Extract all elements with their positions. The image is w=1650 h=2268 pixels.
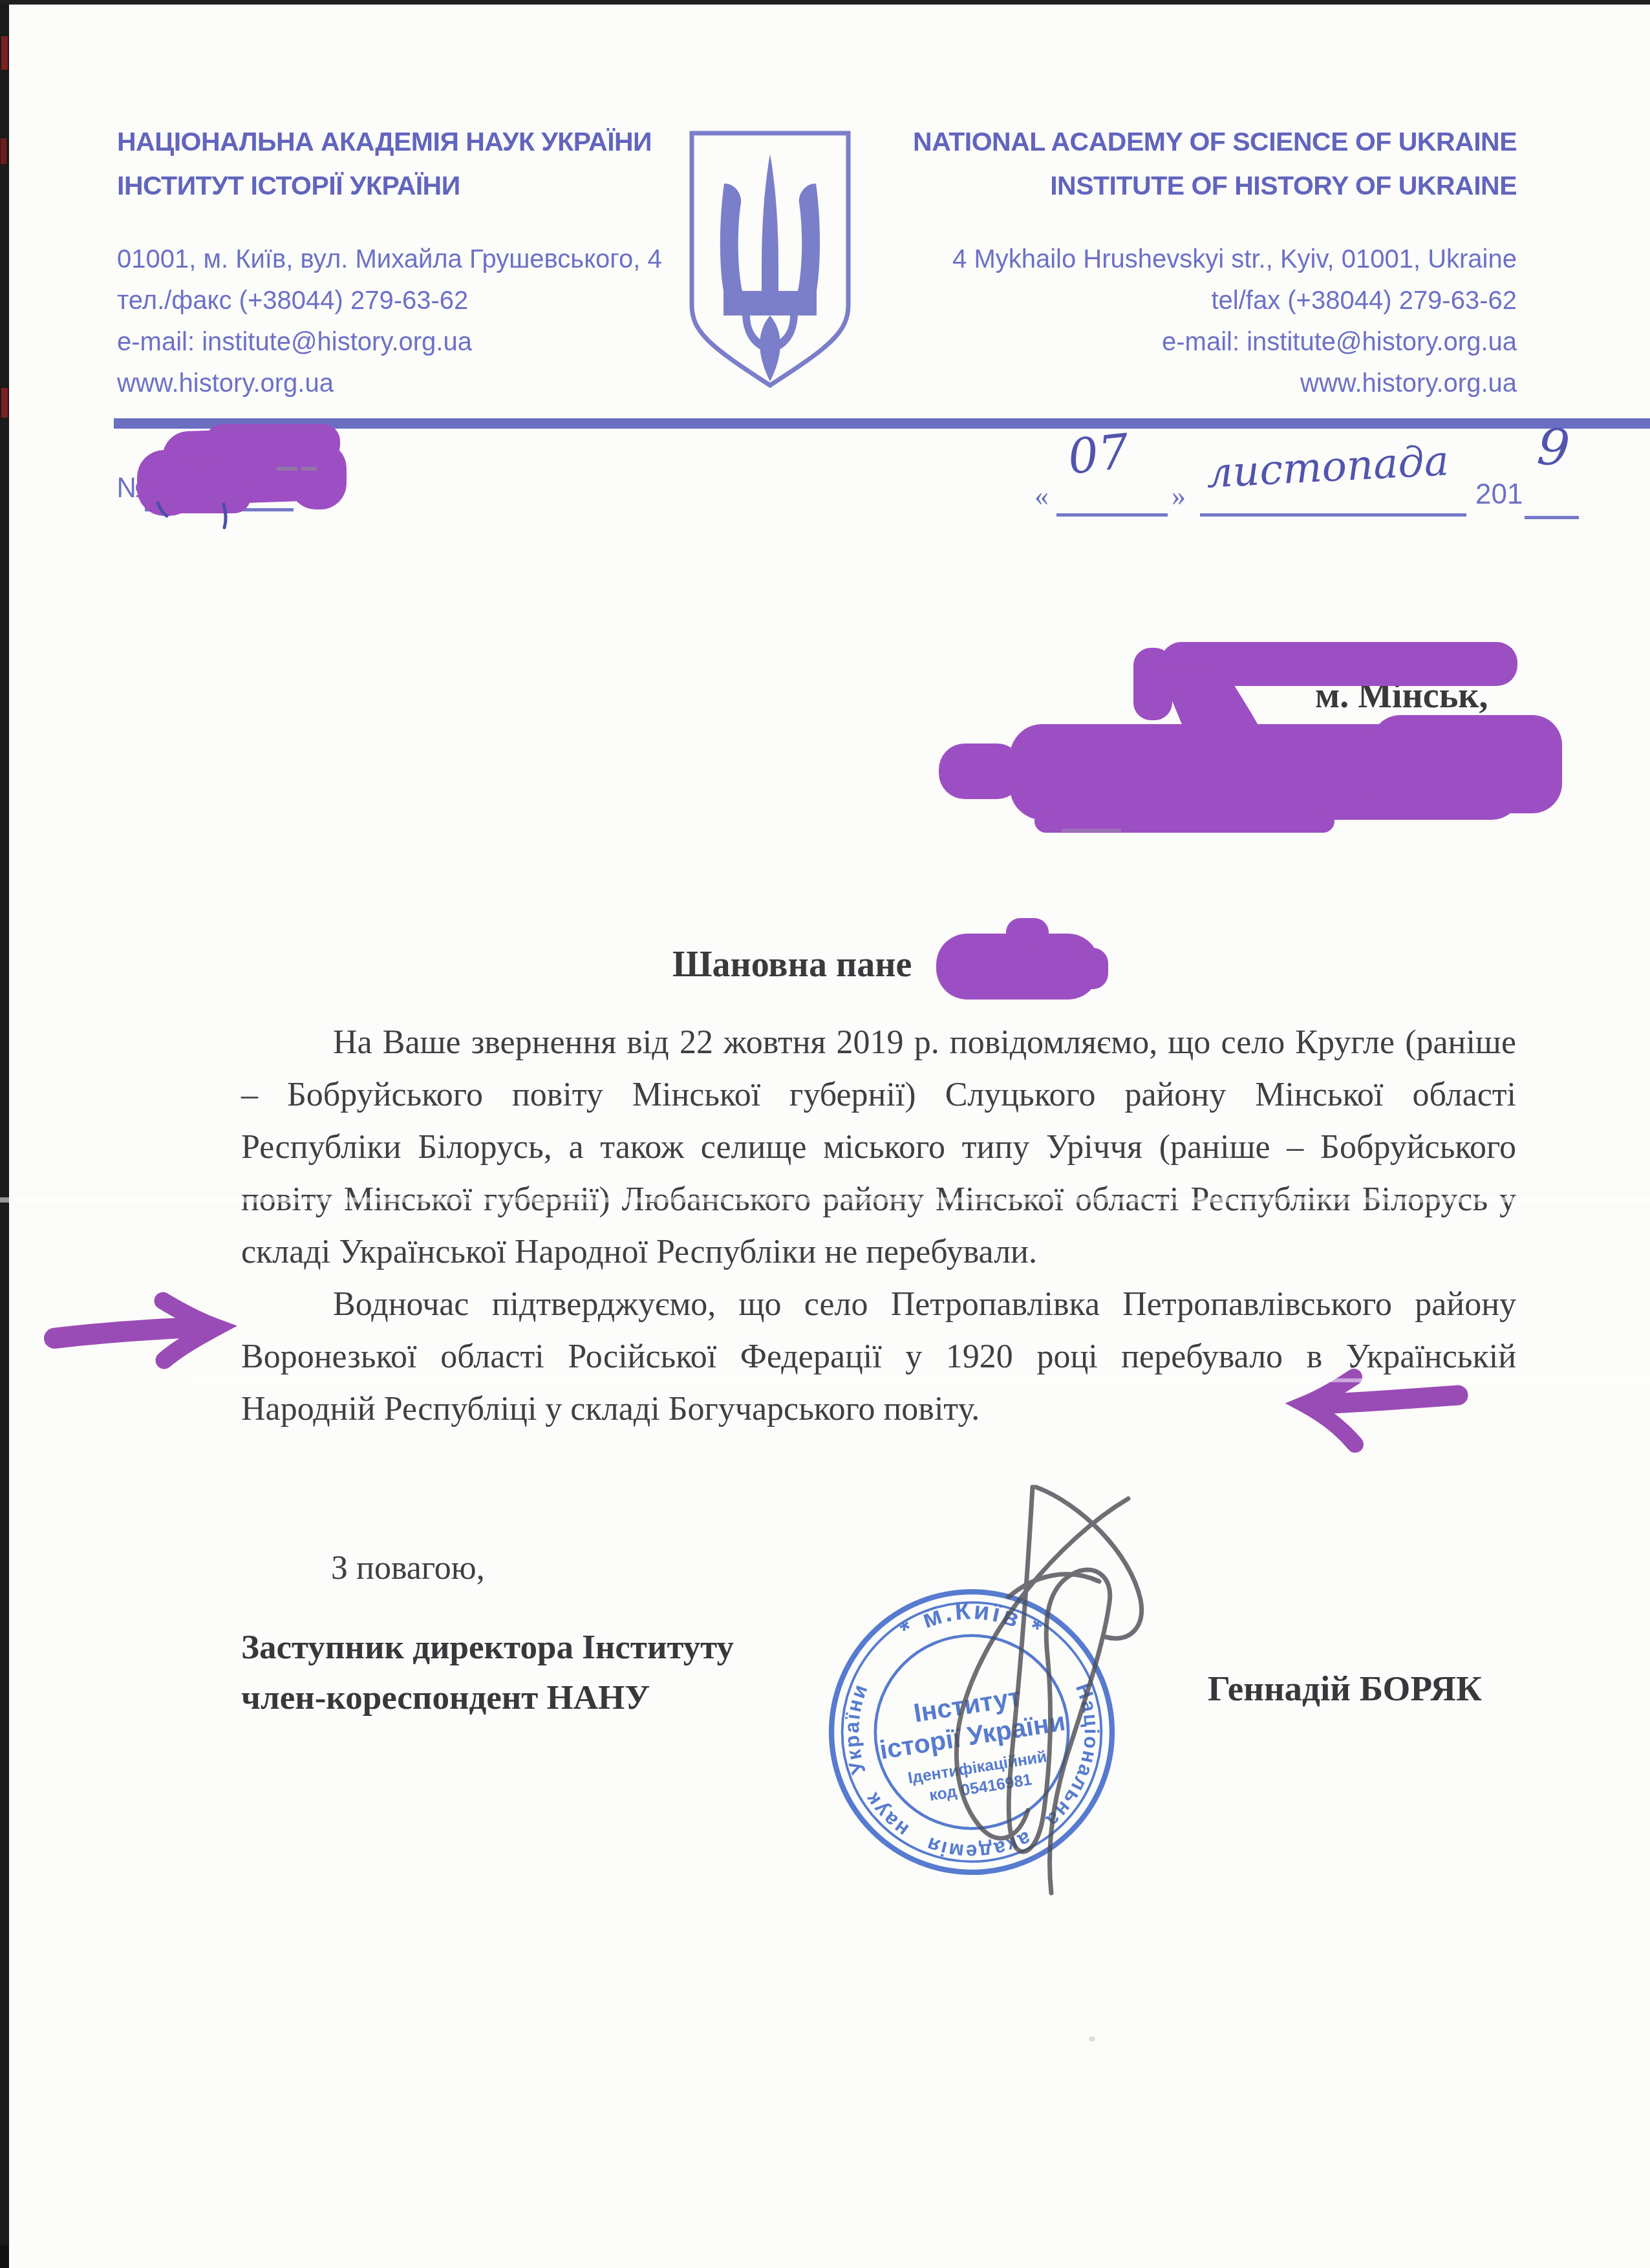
date-day-handwritten: 07 <box>1066 423 1132 485</box>
phone-en: tel/fax (+38044) 279-63-62 <box>1211 286 1517 316</box>
tryzub-emblem-icon <box>682 124 858 396</box>
redaction-recipient-address <box>931 621 1578 840</box>
scan-edge-bottom-left <box>0 2245 8 2268</box>
org-name-en-line2: INSTITUTE OF HISTORY OF UKRAINE <box>1050 171 1517 201</box>
scan-edge-left <box>0 0 9 2268</box>
org-name-en-line1: NATIONAL ACADEMY OF SCIENCE OF UKRAINE <box>913 127 1517 157</box>
date-quote-open: « <box>1034 480 1049 513</box>
date-month-handwritten: листопада <box>1205 437 1450 498</box>
date-year-digit-handwritten: 9 <box>1535 418 1572 478</box>
scan-mark-red-2 <box>1 138 6 164</box>
date-year-printed: 201 <box>1475 478 1523 511</box>
org-name-ua-line1: НАЦІОНАЛЬНА АКАДЕМІЯ НАУК УКРАЇНИ <box>117 127 652 157</box>
scan-edge-top <box>0 0 1650 5</box>
website-ua: www.history.org.ua <box>117 369 334 398</box>
redaction-reference-number <box>123 407 394 575</box>
website-en: www.history.org.ua <box>1300 369 1517 398</box>
valediction: З повагою, <box>331 1549 485 1587</box>
signer-title-line1: Заступник директора Інституту <box>241 1628 734 1667</box>
address-ua: 01001, м. Київ, вул. Михайла Грушевськог… <box>117 245 662 274</box>
salutation-text: Шановна пане <box>672 944 912 985</box>
redaction-salutation-name <box>925 908 1125 1012</box>
email-ua: e-mail: institute@history.org.ua <box>117 328 472 357</box>
scan-mark-red-3 <box>1 388 8 418</box>
org-name-ua-line2: ІНСТИТУТ ІСТОРІЇ УКРАЇНИ <box>117 171 460 201</box>
signer-title-line2: член-кореспондент НАНУ <box>241 1678 650 1717</box>
signer-name: Геннадій БОРЯК <box>1208 1668 1482 1709</box>
date-month-underline <box>1200 513 1466 517</box>
date-year-underline <box>1525 516 1579 519</box>
body-paragraph-1: На Ваше звернення від 22 жовтня 2019 р. … <box>241 1016 1516 1278</box>
address-en: 4 Mykhailo Hrushevskyi str., Kyiv, 01001… <box>952 245 1517 274</box>
handwritten-signature <box>931 1474 1190 1927</box>
email-en: e-mail: institute@history.org.ua <box>1162 328 1517 357</box>
date-quote-close: » <box>1172 480 1186 513</box>
margin-arrow-right-icon <box>39 1283 262 1374</box>
scanned-letter-page: НАЦІОНАЛЬНА АКАДЕМІЯ НАУК УКРАЇНИ ІНСТИТ… <box>0 0 1650 2268</box>
scan-mark-red-1 <box>1 36 8 70</box>
date-day-underline <box>1056 513 1168 517</box>
annotation-arrow-left-icon <box>1267 1358 1487 1461</box>
phone-ua: тел./факс (+38044) 279-63-62 <box>117 286 468 316</box>
scan-speck <box>1089 2037 1095 2042</box>
